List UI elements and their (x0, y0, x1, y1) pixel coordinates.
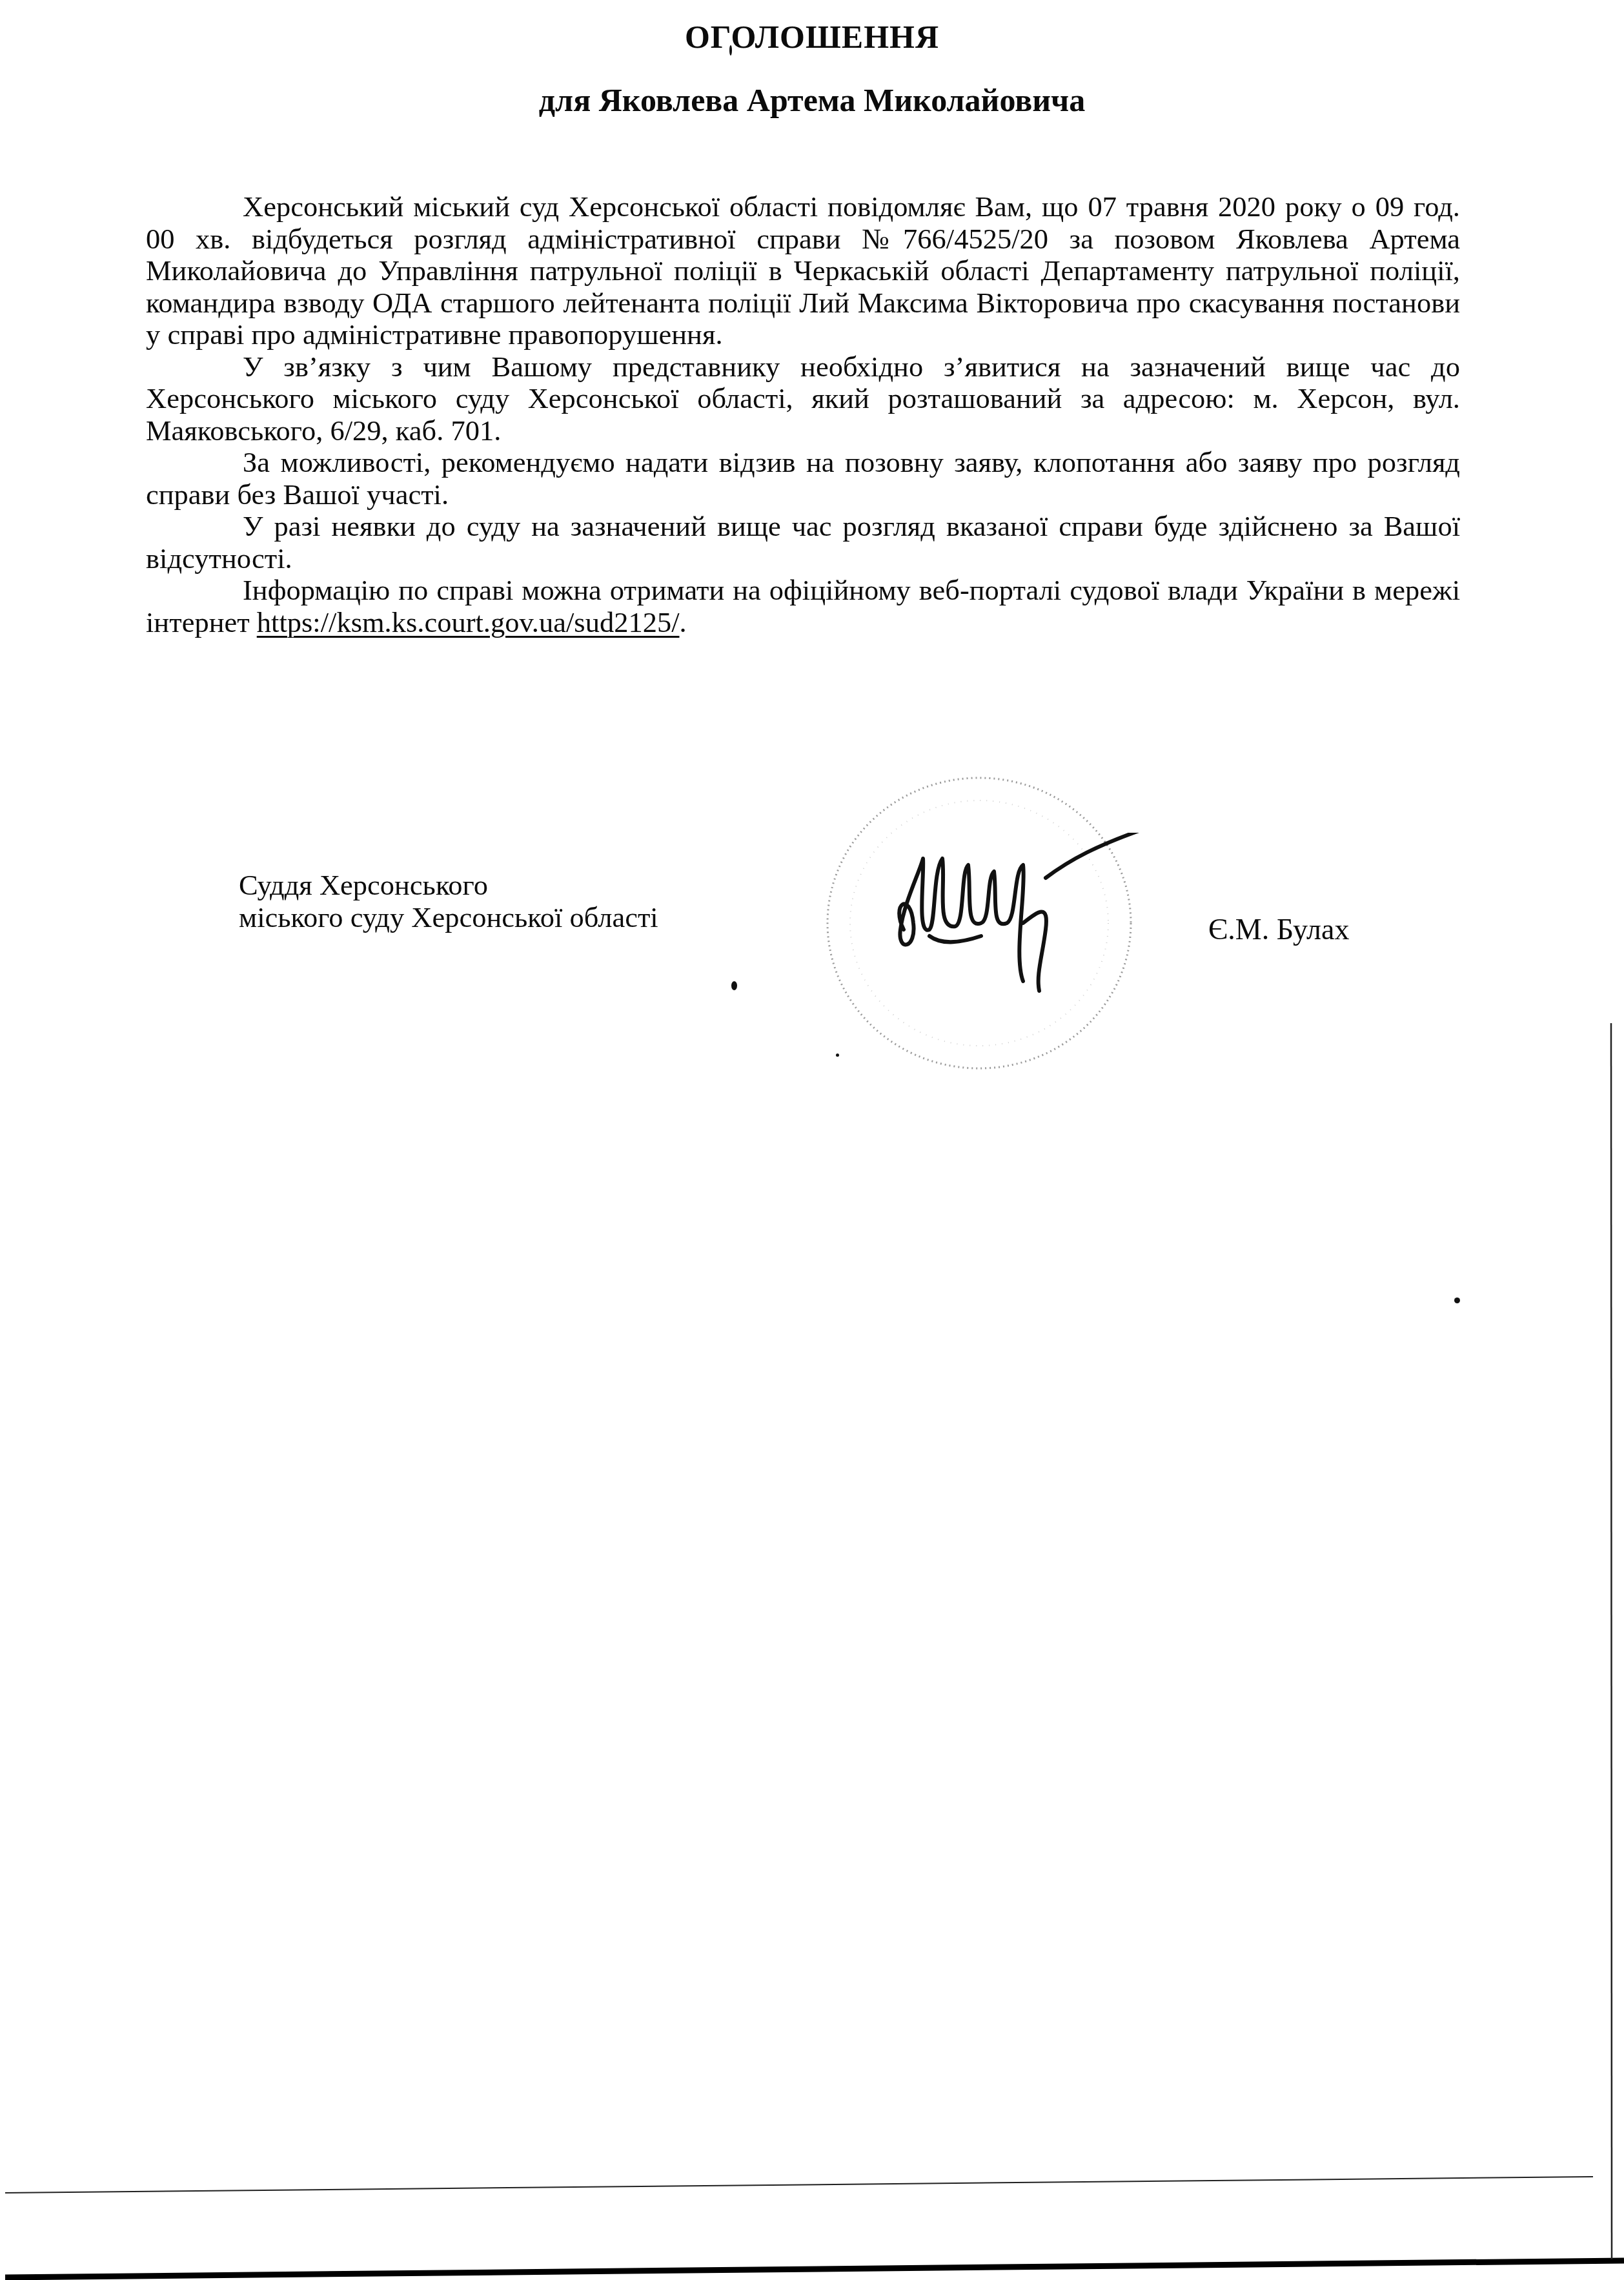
page-edge-lines (0, 0, 1624, 2280)
document-page: ОГОЛОШЕННЯ для Яковлева Артема Миколайов… (0, 0, 1624, 2280)
